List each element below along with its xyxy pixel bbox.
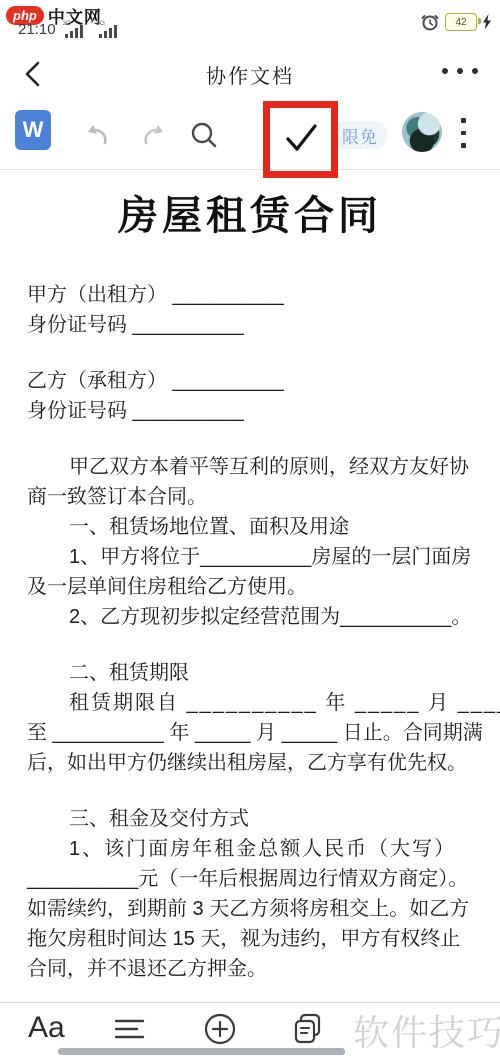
limited-free-badge[interactable]: 限免 xyxy=(332,121,388,149)
alarm-clock-icon xyxy=(420,12,440,32)
signal-indicators: 3G 4G xyxy=(62,22,120,38)
doc-line[interactable]: __________元（一年后根据周边行情双方商定）。 xyxy=(27,864,473,894)
pages-copy-button[interactable] xyxy=(292,1012,326,1046)
doc-line[interactable]: 甲乙双方本着平等互利的原则，经双方友好协 xyxy=(27,452,473,482)
gesture-navigation-bar[interactable] xyxy=(58,1048,345,1055)
doc-line[interactable]: 商一致签订本合同。 xyxy=(27,482,473,512)
add-insert-button[interactable] xyxy=(203,1012,237,1046)
doc-line[interactable]: 甲方（出租方） __________ xyxy=(27,280,473,310)
doc-line[interactable]: 三、租金及交付方式 xyxy=(27,804,473,834)
page-title: 协作文档 xyxy=(0,60,500,89)
battery-level: 42 xyxy=(455,17,466,28)
editor-toolbar: W 限免 xyxy=(0,100,500,169)
doc-line[interactable]: 后，如出甲方仍继续出租房屋，乙方享有优先权。 xyxy=(27,748,473,778)
doc-line[interactable]: 拖欠房租时间达 15 天，视为违约，甲方有权终止 xyxy=(27,924,473,954)
nav-bar: 协作文档 xyxy=(0,46,500,100)
text-format-button[interactable]: Aa xyxy=(28,1011,65,1045)
doc-line[interactable]: 如需续约，到期前 3 天乙方须将房租交上。如乙方 xyxy=(27,894,473,924)
search-button[interactable] xyxy=(187,118,221,152)
doc-line[interactable]: 乙方（承租方） __________ xyxy=(27,366,473,396)
redo-button[interactable] xyxy=(139,120,171,150)
doc-line[interactable]: 身份证号码 __________ xyxy=(27,396,473,426)
clock-time: 21:10 xyxy=(18,21,56,38)
charging-bolt-icon xyxy=(482,14,492,30)
doc-line[interactable]: 至 __________ 年 _____ 月 _____ 日止。合同期满 xyxy=(27,718,473,748)
more-vertical-button[interactable] xyxy=(461,118,466,148)
annotation-highlight-box xyxy=(263,101,338,178)
avatar[interactable] xyxy=(402,112,442,152)
undo-button[interactable] xyxy=(80,120,112,150)
status-bar: php 中文网 21:10 3G 4G 42 xyxy=(0,0,500,46)
sim2-signal-icon: 4G xyxy=(96,22,120,38)
doc-line[interactable]: 二、租赁期限 xyxy=(27,658,473,688)
paragraph-align-button[interactable] xyxy=(114,1015,146,1045)
doc-line[interactable]: 一、租赁场地位置、面积及用途 xyxy=(27,512,473,542)
document-title[interactable]: 房屋租赁合同 xyxy=(27,190,473,242)
sim1-signal-icon: 3G xyxy=(62,22,86,38)
document-editor[interactable]: 房屋租赁合同 甲方（出租方） __________身份证号码 _________… xyxy=(0,170,500,1002)
document-body[interactable]: 甲方（出租方） __________身份证号码 __________乙方（承租方… xyxy=(27,280,473,984)
word-doc-icon: W xyxy=(15,110,51,150)
doc-line[interactable]: 身份证号码 __________ xyxy=(27,310,473,340)
doc-line[interactable]: 及一层单间住房租给乙方使用。 xyxy=(27,572,473,602)
doc-line[interactable]: 2、乙方现初步拟定经营范围为__________。 xyxy=(27,602,473,632)
doc-line[interactable]: 1、甲方将位于__________房屋的一层门面房 xyxy=(27,542,473,572)
doc-line[interactable]: 租赁期限自 __________ 年 _____ 月 _____ 日 xyxy=(27,688,473,718)
more-menu-button[interactable] xyxy=(442,68,478,74)
doc-line[interactable]: 1、该门面房年租金总额人民币（大写） xyxy=(27,834,473,864)
battery-icon: 42 xyxy=(445,13,477,31)
site-watermark-bottom: 软件技巧 xyxy=(353,1005,500,1056)
doc-line[interactable]: 合同，并不退还乙方押金。 xyxy=(27,954,473,984)
